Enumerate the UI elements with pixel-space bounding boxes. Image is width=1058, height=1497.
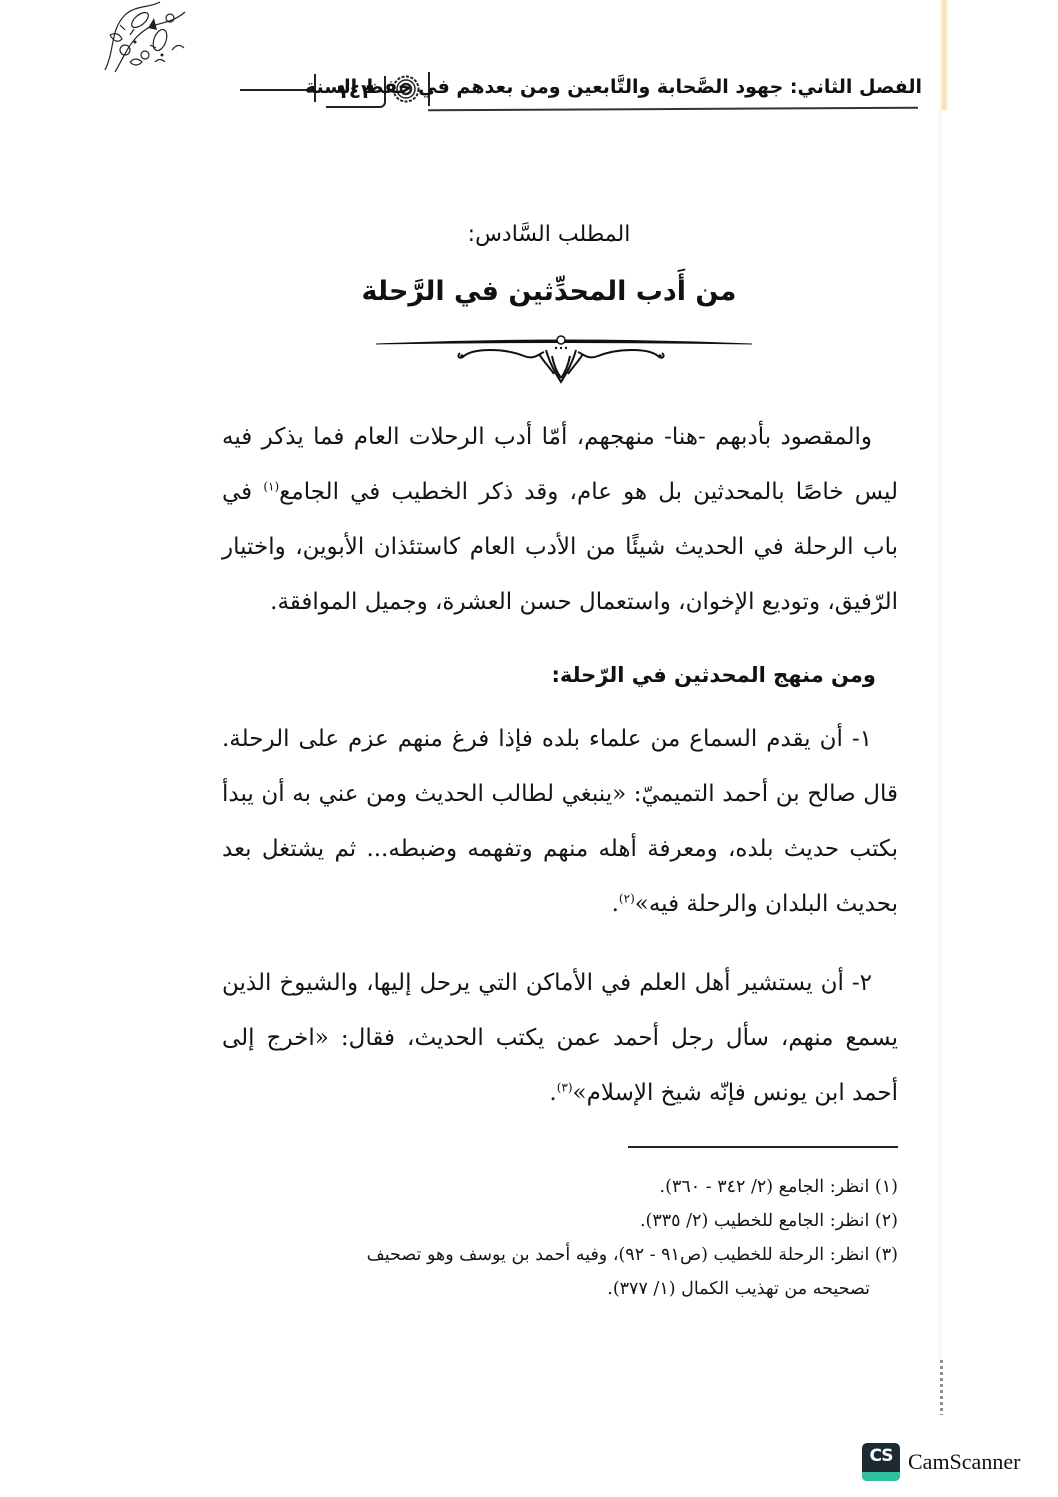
footnote-2: (٢) انظر: الجامع للخطيب (٢/ ٣٣٥). — [222, 1204, 898, 1238]
header-rule — [240, 89, 312, 91]
paragraph-text: . — [549, 1080, 556, 1106]
paragraph-text: ١- أن يقدم السماع من علماء بلده فإذا فرغ… — [222, 726, 898, 917]
footnote-separator — [628, 1146, 898, 1148]
section-title: من أَدب المحدِّثين في الرَّحلة — [0, 276, 1058, 307]
floral-corner-ornament-icon — [100, 0, 190, 75]
section-label: المطلب السَّادس: — [0, 222, 1058, 247]
scan-edge-mark — [940, 1360, 943, 1415]
paragraph-intro: والمقصود بأدبهم -هنا- منهجهم، أمّا أدب ا… — [222, 410, 898, 630]
footnote-1: (١) انظر: الجامع (٢/ ٣٤٢ - ٣٦٠). — [222, 1170, 898, 1204]
camscanner-name: CamScanner — [908, 1449, 1020, 1475]
paragraph-text: والمقصود بأدبهم -هنا- منهجهم، أمّا أدب ا… — [222, 424, 898, 505]
camscanner-logo-icon: CS — [862, 1443, 900, 1481]
chapter-title: الفصل الثاني: جهود الصَّحابة والتَّابعين… — [422, 70, 922, 104]
footnote-marker[interactable]: (٢) — [619, 891, 635, 905]
paragraph-text: . — [612, 891, 619, 917]
footnote-marker[interactable]: (١) — [263, 479, 279, 493]
camscanner-watermark: CS CamScanner — [862, 1442, 1020, 1482]
footnote-marker[interactable]: (٣) — [557, 1080, 573, 1094]
camscanner-logo-text: CS — [869, 1443, 892, 1469]
footnote-3: (٣) انظر: الرحلة للخطيب (ص٩١ - ٩٢)، وفيه… — [222, 1238, 898, 1272]
subheading: ومن منهج المحدثين في الرّحلة: — [222, 648, 898, 703]
footnote-3-continuation: تصحيحه من تهذيب الكمال (١/ ٣٧٧). — [222, 1272, 898, 1306]
footnotes: (١) انظر: الجامع (٢/ ٣٤٢ - ٣٦٠). (٢) انظ… — [222, 1170, 898, 1306]
header-underline — [428, 107, 918, 111]
ornamental-divider-icon — [374, 334, 754, 386]
paragraph-point-2: ٢- أن يستشير أهل العلم في الأماكن التي ي… — [222, 956, 898, 1121]
paragraph-point-1: ١- أن يقدم السماع من علماء بلده فإذا فرغ… — [222, 712, 898, 932]
page-edge-shadow — [940, 0, 948, 110]
running-header: ١٤٣ الفصل الثاني: جهود الصَّحابة والتَّا… — [236, 70, 920, 120]
